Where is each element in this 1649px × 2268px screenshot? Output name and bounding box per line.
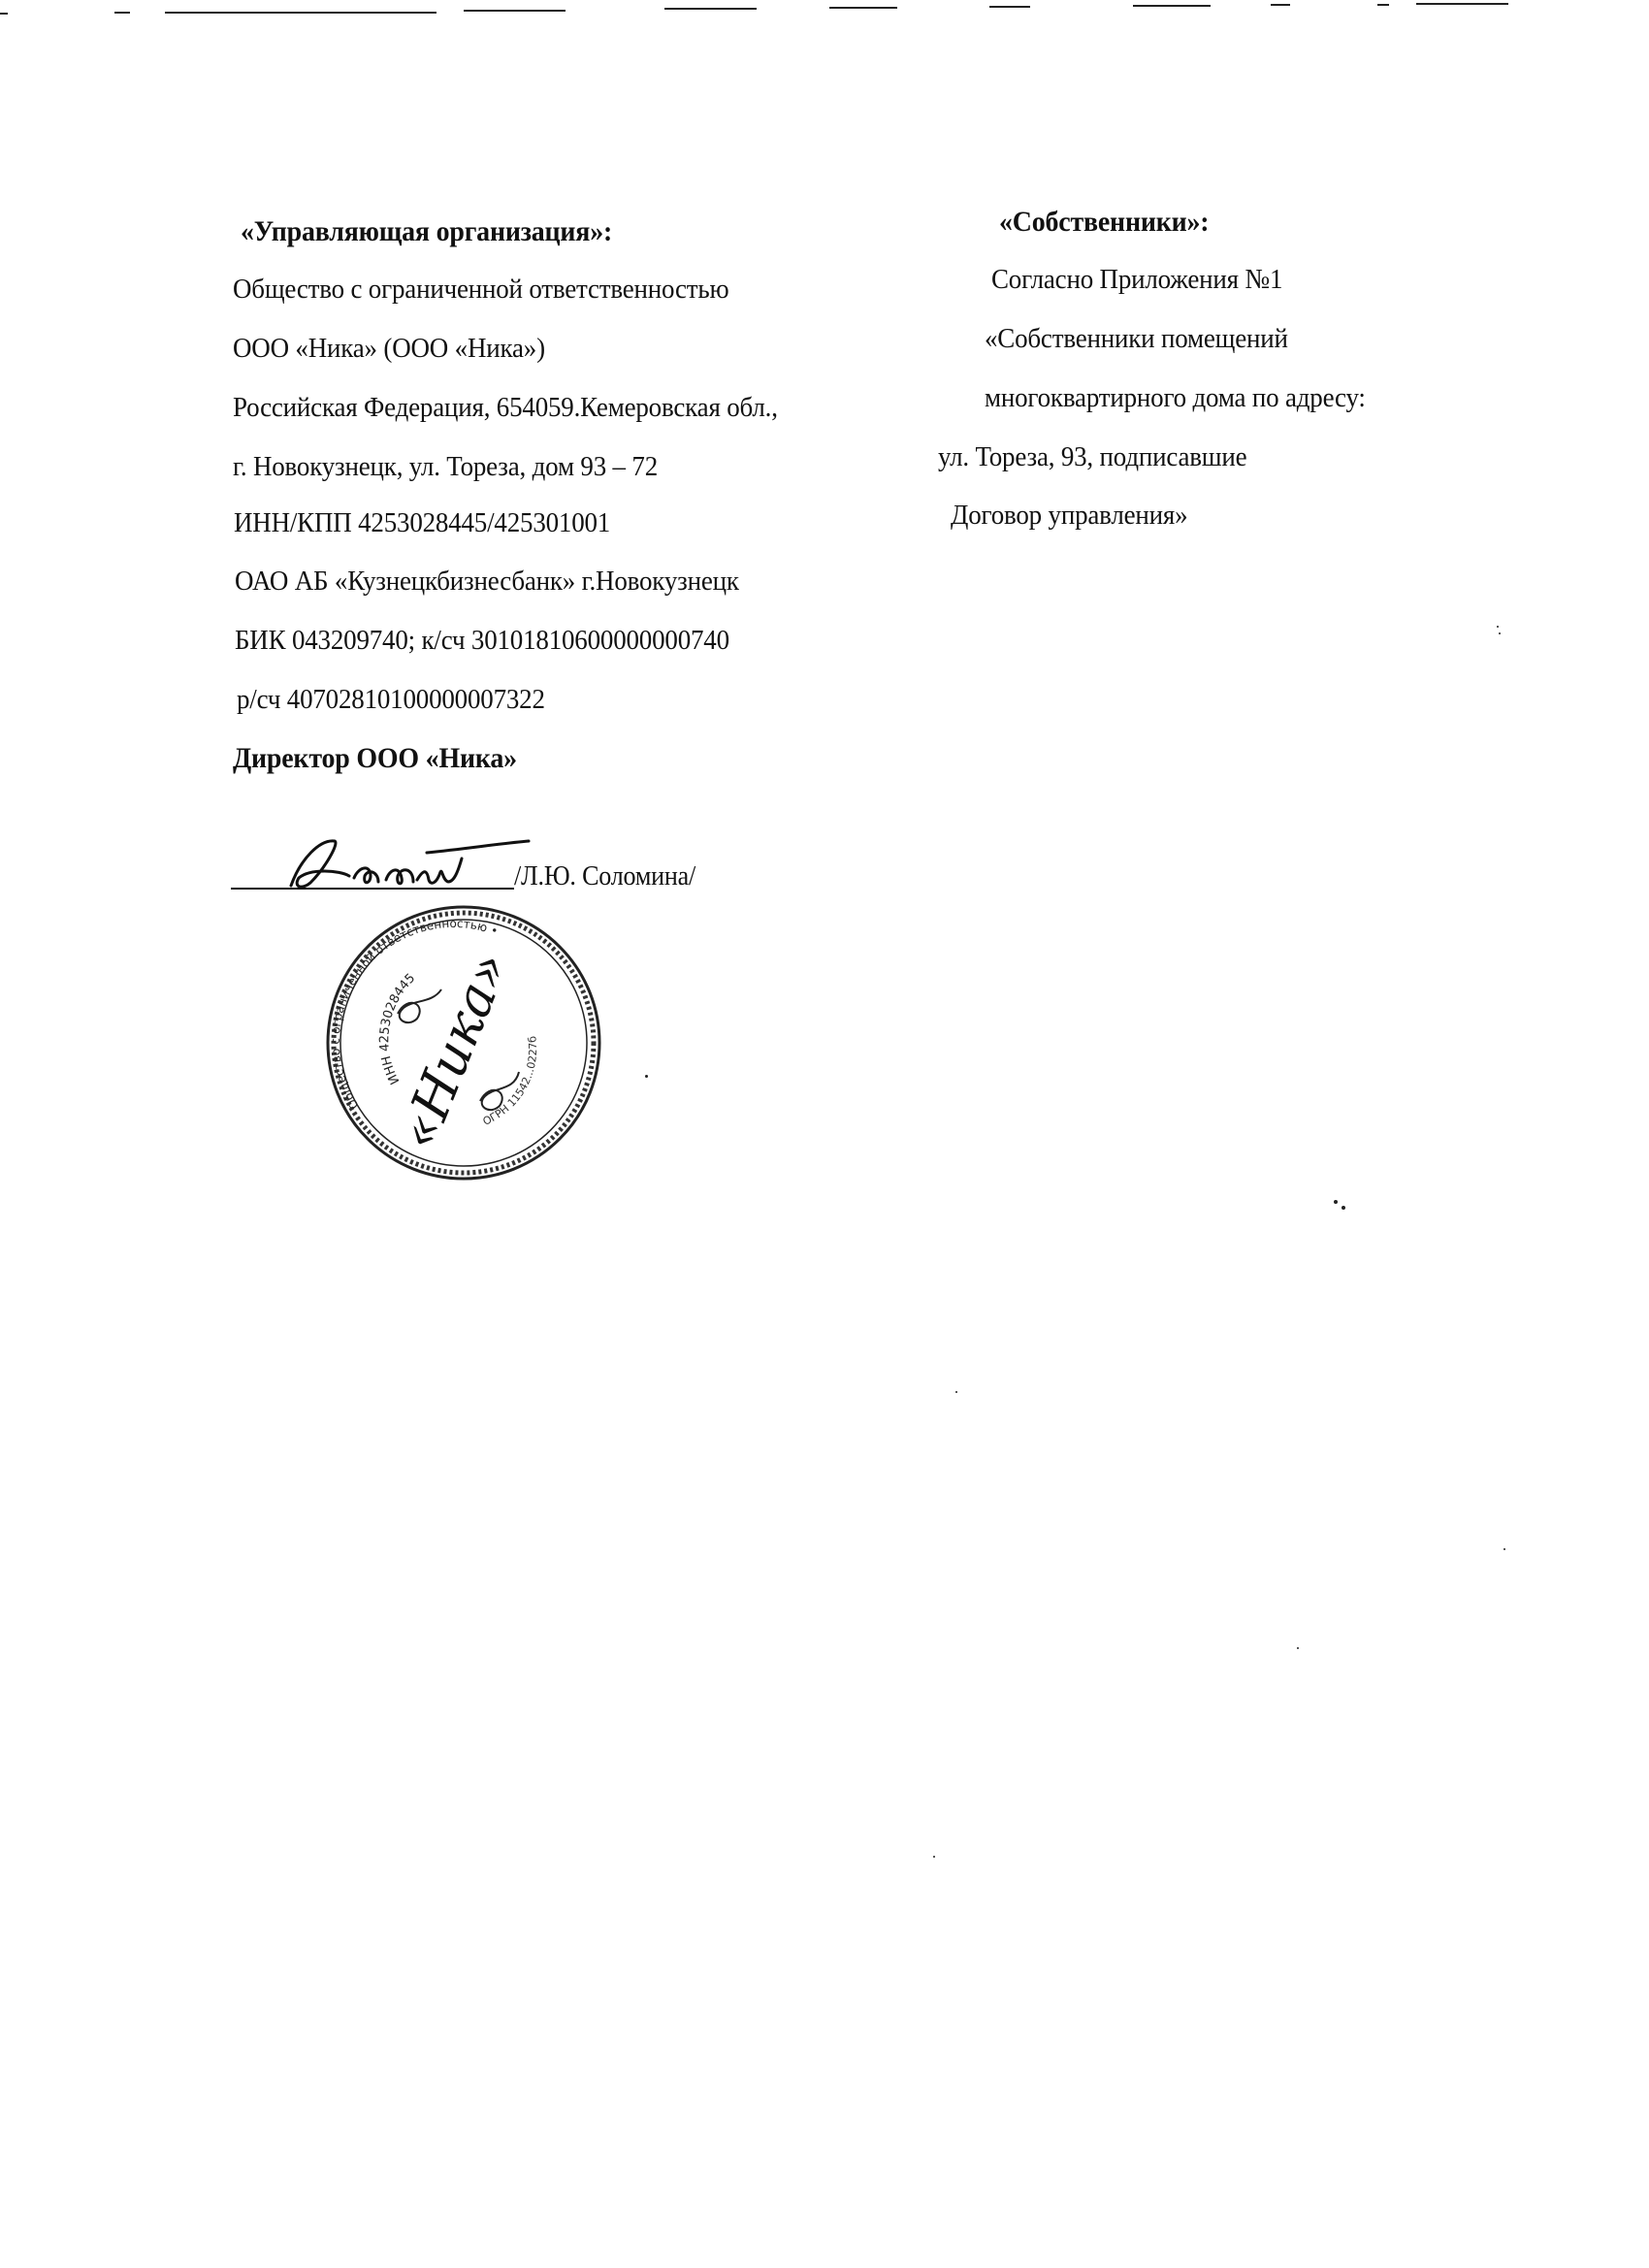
org-address-line2: г. Новокузнецк, ул. Тореза, дом 93 – 72 <box>233 451 658 483</box>
org-name: ООО «Ника» (ООО «Ника») <box>233 333 545 365</box>
org-settlement-account: р/сч 40702810100000007322 <box>237 684 545 716</box>
company-seal-stamp: Общество с ограниченной ответственностью… <box>310 897 621 1188</box>
svg-text:ОГРН 11542...0227б: ОГРН 11542...0227б <box>481 1035 539 1128</box>
owners-line-address: ул. Тореза, 93, подписавшие <box>938 441 1246 473</box>
org-legal-form: Общество с ограниченной ответственностью <box>233 274 728 306</box>
org-bank: ОАО АБ «Кузнецкбизнесбанк» г.Новокузнецк <box>235 566 739 598</box>
signatory-name: /Л.Ю. Соломина/ <box>514 861 695 892</box>
owners-line-contract: Договор управления» <box>951 500 1187 532</box>
stamp-inn-text: ИНН 4253028445 <box>377 971 418 1086</box>
director-title: Директор ООО «Ника» <box>233 742 517 775</box>
org-inn-kpp: ИНН/КПП 4253028445/425301001 <box>234 507 610 539</box>
owners-line-building: многоквартирного дома по адресу: <box>985 382 1366 414</box>
org-bik-corr-account: БИК 043209740; к/сч 30101810600000000740 <box>235 625 729 657</box>
org-address-line1: Российская Федерация, 654059.Кемеровская… <box>233 392 778 424</box>
owners-line-appendix: Согласно Приложения №1 <box>991 264 1282 296</box>
stamp-ogrn-text: ОГРН 11542...0227б <box>481 1035 539 1128</box>
handwritten-signature <box>281 829 533 897</box>
owners-heading: «Собственники»: <box>999 206 1209 239</box>
owners-line-owners-of-premises: «Собственники помещений <box>985 323 1288 355</box>
management-org-heading: «Управляющая организация»: <box>241 215 612 248</box>
svg-text:ИНН 4253028445: ИНН 4253028445 <box>377 971 418 1086</box>
